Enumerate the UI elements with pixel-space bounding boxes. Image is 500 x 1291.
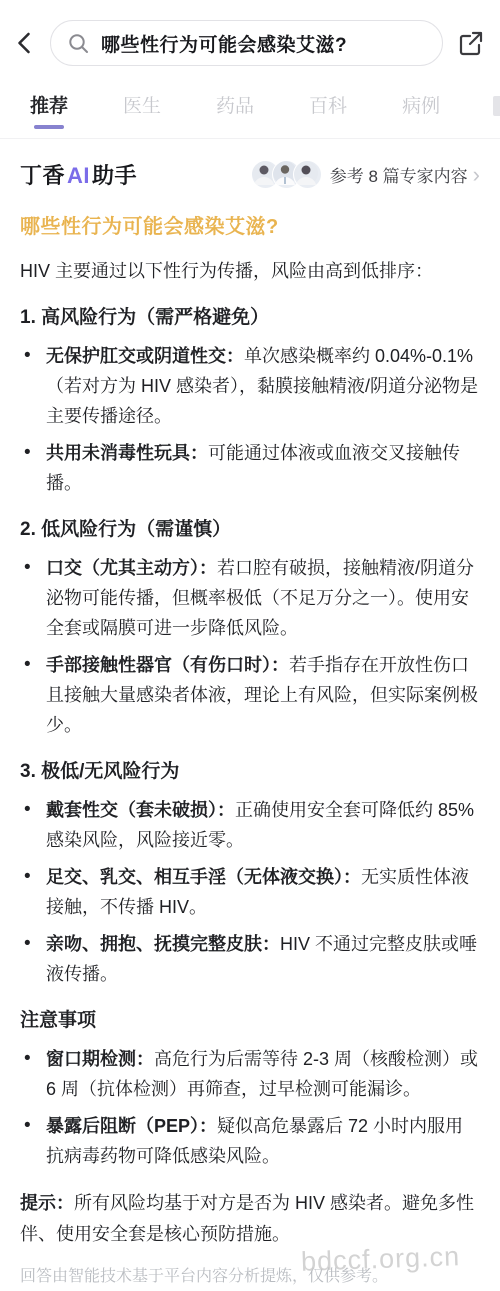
tab-cases[interactable]: 病例 — [402, 94, 440, 120]
expert-reference-link[interactable]: 参考 8 篇专家内容 › — [251, 160, 480, 189]
bullet-head: 手部接触性器官（有伤口时）： — [46, 655, 289, 675]
bullet-list-high-risk: 无保护肛交或阴道性交：单次感染概率约 0.04%-0.1%（若对方为 HIV 感… — [20, 341, 480, 498]
bullet-item: 暴露后阻断（PEP）：疑似高危暴露后 72 小时内服用抗病毒药物可降低感染风险。 — [20, 1111, 480, 1171]
tab-doctors-label: 医生 — [123, 96, 161, 117]
tip-body: 所有风险均基于对方是否为 HIV 感染者。避免多性伴、使用安全套是核心预防措施。 — [20, 1193, 474, 1244]
app-screen: 哪些性行为可能会感染艾滋? 推荐 医生 药品 百科 病例 丁香AI助手 — [0, 0, 500, 1291]
footer: bdccf.org.cn 回答由智能技术基于平台内容分析提炼，仅供参考。 — [20, 1266, 480, 1288]
bullet-item: 窗口期检测：高危行为后需等待 2-3 周（核酸检测）或 6 周（抗体检测）再筛查… — [20, 1044, 480, 1104]
bullet-item: 手部接触性器官（有伤口时）：若手指存在开放性伤口且接触大量感染者体液，理论上有风… — [20, 650, 480, 740]
assistant-title: 丁香AI助手 — [20, 159, 137, 190]
tab-recommend[interactable]: 推荐 — [30, 94, 68, 129]
active-tab-underline — [34, 125, 64, 129]
tab-wiki[interactable]: 百科 — [309, 94, 347, 120]
brand-prefix: 丁香 — [20, 163, 65, 188]
tab-bar: 推荐 医生 药品 百科 病例 — [0, 66, 500, 139]
bullet-head: 无保护肛交或阴道性交： — [46, 346, 244, 366]
answer-intro: HIV 主要通过以下性行为传播，风险由高到低排序： — [20, 256, 480, 286]
brand-suffix: 助手 — [92, 163, 137, 188]
tab-doctors[interactable]: 医生 — [123, 94, 161, 120]
bullet-item: 亲吻、拥抱、抚摸完整皮肤：HIV 不通过完整皮肤或唾液传播。 — [20, 929, 480, 989]
search-icon — [67, 32, 90, 55]
bullet-head: 窗口期检测： — [46, 1049, 154, 1069]
question-title: 哪些性行为可能会感染艾滋? — [20, 210, 480, 239]
bullet-item: 共用未消毒性玩具：可能通过体液或血液交叉接触传播。 — [20, 438, 480, 498]
tab-recommend-label: 推荐 — [30, 96, 68, 117]
bullet-item: 无保护肛交或阴道性交：单次感染概率约 0.04%-0.1%（若对方为 HIV 感… — [20, 341, 480, 431]
bullet-head: 戴套性交（套未破损）： — [46, 800, 235, 820]
top-bar: 哪些性行为可能会感染艾滋? — [0, 0, 500, 66]
bullet-head: 暴露后阻断（PEP）： — [46, 1116, 217, 1136]
tab-partial[interactable] — [493, 96, 500, 116]
ai-disclaimer: 回答由智能技术基于平台内容分析提炼，仅供参考。 — [20, 1266, 480, 1288]
tab-drugs[interactable]: 药品 — [216, 94, 254, 120]
share-icon[interactable] — [455, 28, 486, 59]
assistant-header: 丁香AI助手 参考 8 篇专家内容 › — [20, 159, 480, 190]
search-bar[interactable]: 哪些性行为可能会感染艾滋? — [50, 20, 443, 66]
back-icon[interactable] — [12, 30, 38, 56]
brand-ai: AI — [67, 163, 90, 188]
section-heading-low-risk: 2. 低风险行为（需谨慎） — [20, 517, 480, 542]
section-heading-notes: 注意事项 — [20, 1008, 480, 1033]
expert-avatars — [251, 160, 322, 189]
section-heading-no-risk: 3. 极低/无风险行为 — [20, 759, 480, 784]
bullet-list-low-risk: 口交（尤其主动方）：若口腔有破损，接触精液/阴道分泌物可能传播，但概率极低（不足… — [20, 553, 480, 740]
answer-card: 丁香AI助手 参考 8 篇专家内容 › 哪些性行为可能会感染 — [0, 159, 500, 1288]
tab-cases-label: 病例 — [402, 96, 440, 117]
tab-wiki-label: 百科 — [309, 96, 347, 117]
bullet-item: 戴套性交（套未破损）：正确使用安全套可降低约 85% 感染风险，风险接近零。 — [20, 795, 480, 855]
tab-drugs-label: 药品 — [216, 96, 254, 117]
section-heading-high-risk: 1. 高风险行为（需严格避免） — [20, 305, 480, 330]
bullet-head: 足交、乳交、相互手淫（无体液交换）： — [46, 867, 361, 887]
tip-head: 提示： — [20, 1193, 74, 1213]
bullet-head: 共用未消毒性玩具： — [46, 443, 208, 463]
bullet-head: 口交（尤其主动方）： — [46, 558, 217, 578]
bullet-item: 足交、乳交、相互手淫（无体液交换）：无实质性体液接触，不传播 HIV。 — [20, 862, 480, 922]
bullet-list-notes: 窗口期检测：高危行为后需等待 2-3 周（核酸检测）或 6 周（抗体检测）再筛查… — [20, 1044, 480, 1171]
bullet-head: 亲吻、拥抱、抚摸完整皮肤： — [46, 934, 280, 954]
bullet-list-no-risk: 戴套性交（套未破损）：正确使用安全套可降低约 85% 感染风险，风险接近零。 足… — [20, 795, 480, 989]
chevron-right-icon: › — [473, 164, 480, 186]
search-query-text: 哪些性行为可能会感染艾滋? — [101, 30, 347, 57]
tip-paragraph: 提示：所有风险均基于对方是否为 HIV 感染者。避免多性伴、使用安全套是核心预防… — [20, 1188, 480, 1250]
expert-avatar-3 — [293, 160, 322, 189]
expert-reference-label: 参考 8 篇专家内容 — [330, 162, 468, 187]
bullet-item: 口交（尤其主动方）：若口腔有破损，接触精液/阴道分泌物可能传播，但概率极低（不足… — [20, 553, 480, 643]
